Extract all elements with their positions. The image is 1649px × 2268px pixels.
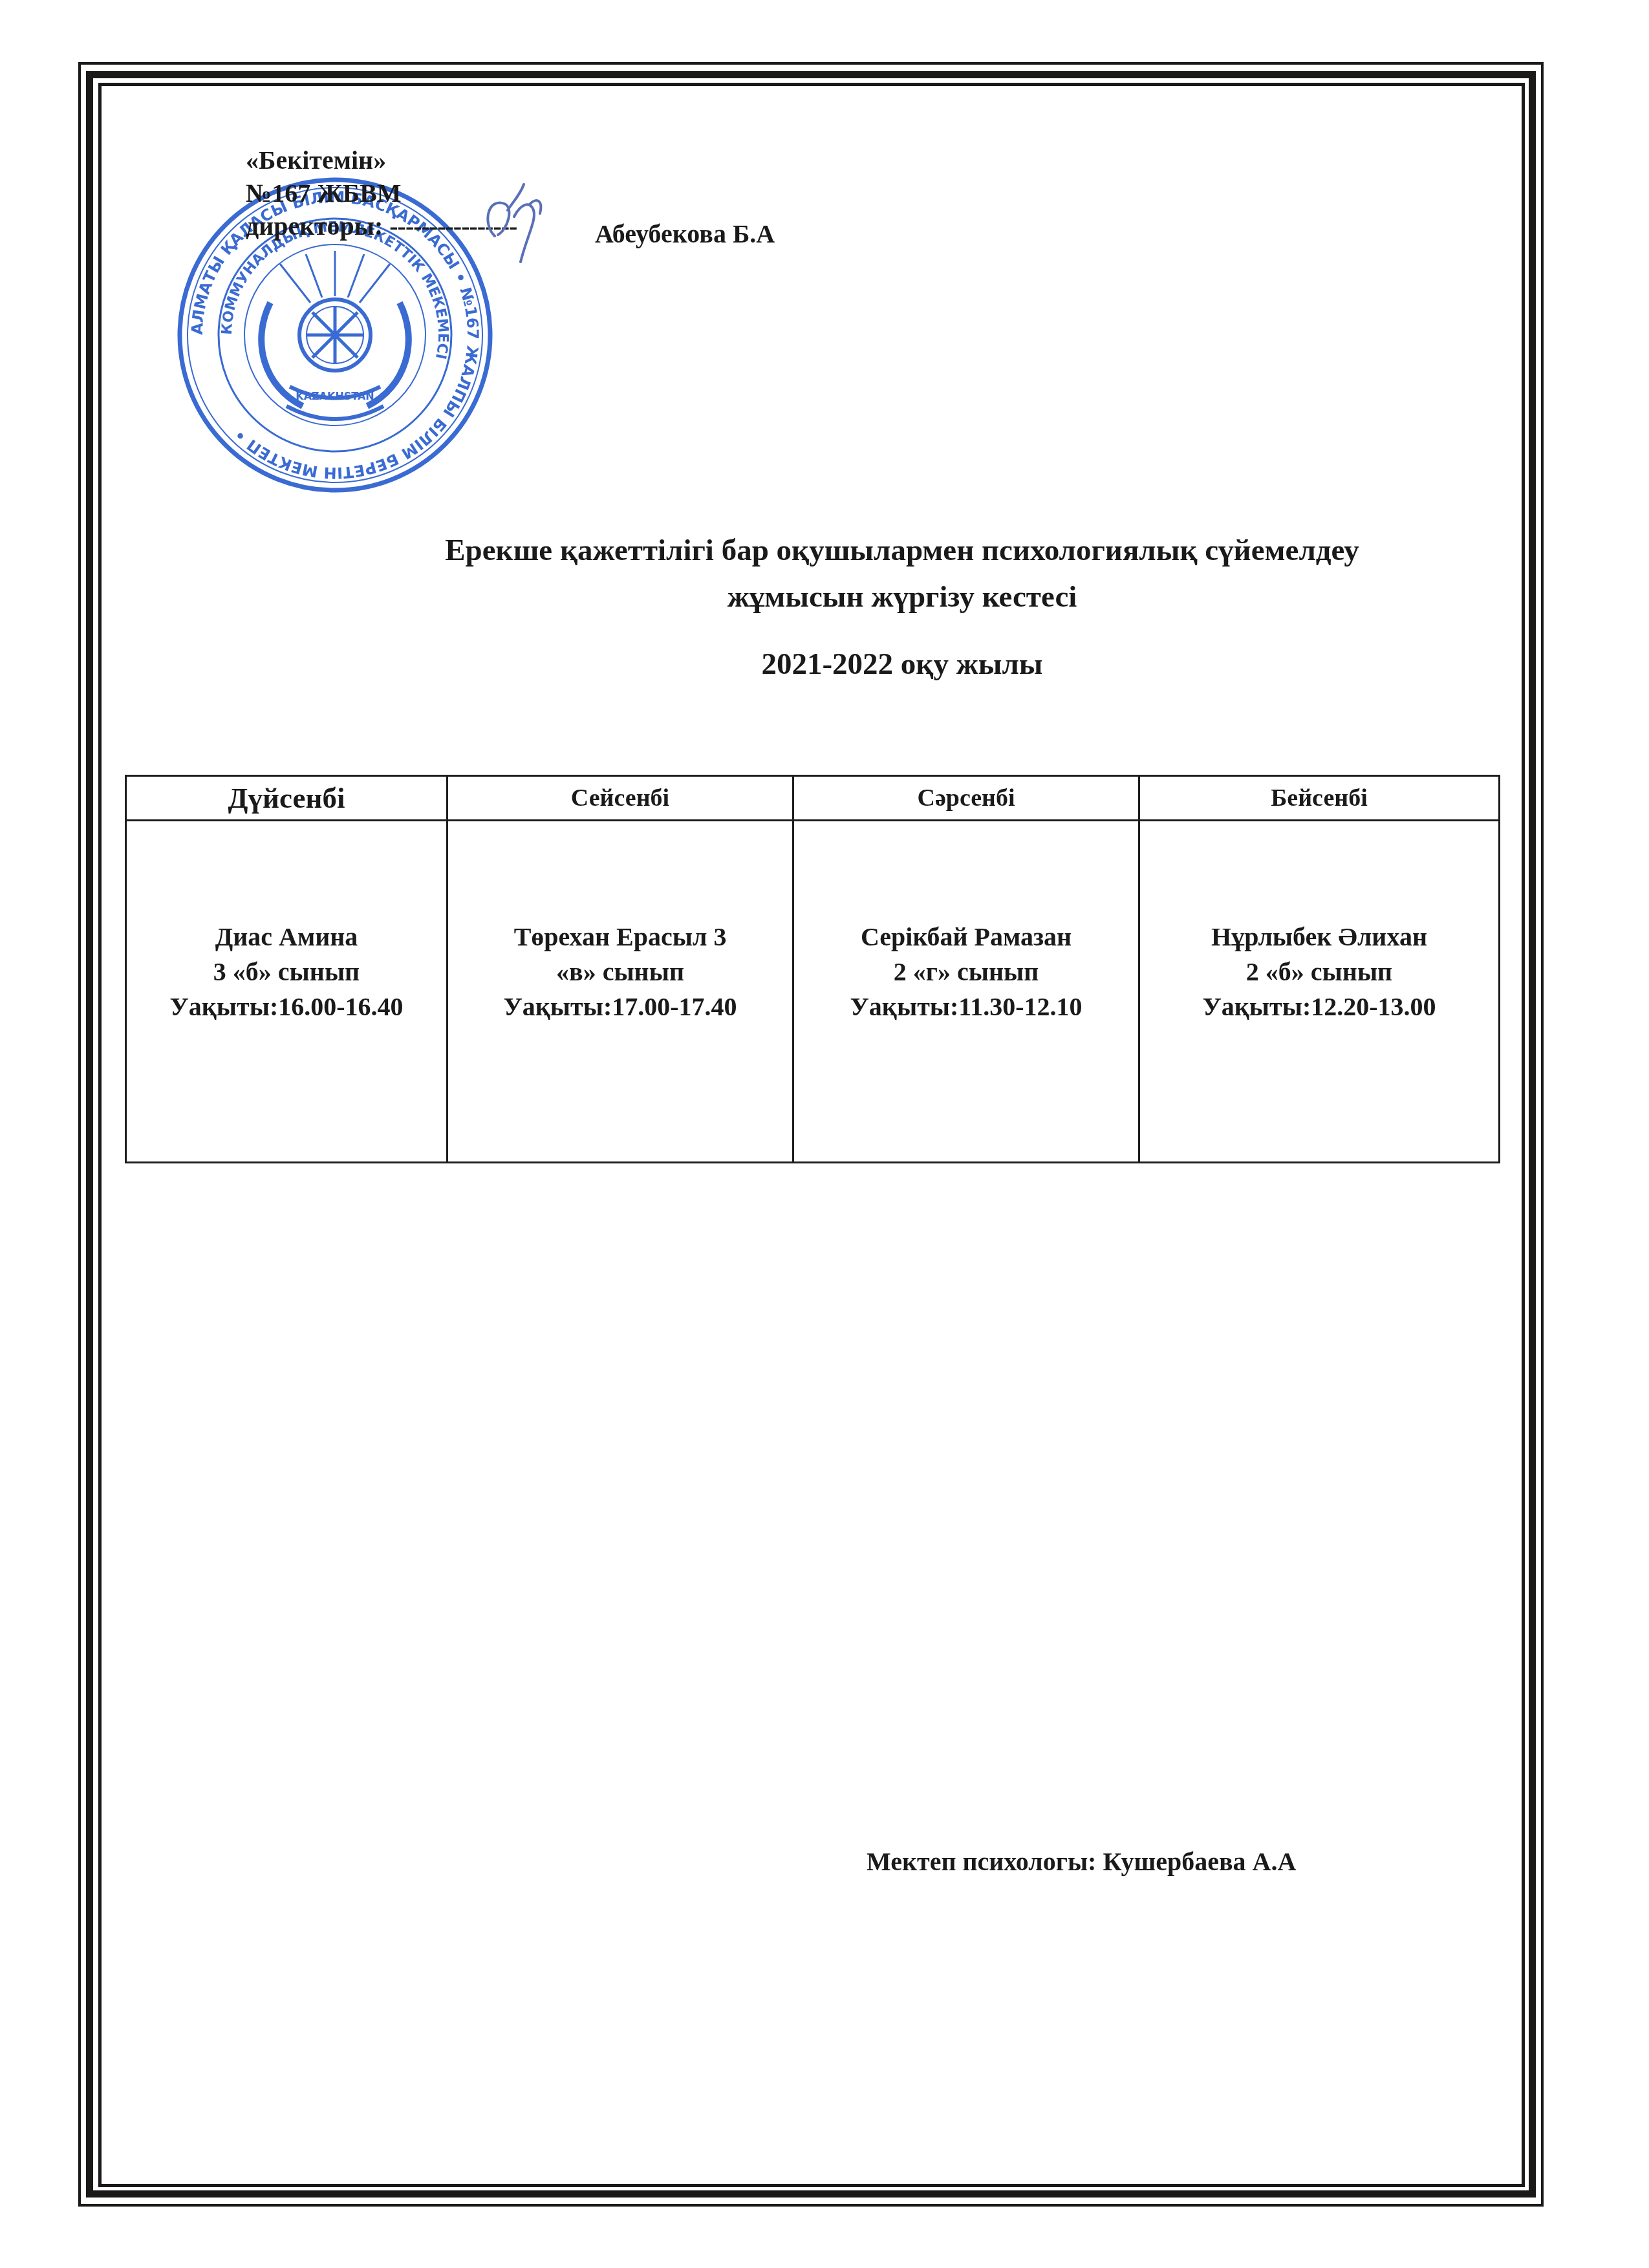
title-line-2: жұмысын жүргізу кестесі: [129, 574, 1520, 620]
session-time: Уақыты:16.00-16.40: [132, 989, 441, 1024]
day-header-tuesday: Сейсенбі: [447, 776, 793, 821]
student-name: Диас Амина: [132, 920, 441, 955]
schedule-cell-monday: Диас Амина 3 «б» сынып Уақыты:16.00-16.4…: [126, 821, 447, 1163]
student-class: 3 «б» сынып: [132, 955, 441, 989]
day-header-monday: Дүйсенбі: [126, 776, 447, 821]
title-line-1: Ерекше қажеттілігі бар оқушылармен психо…: [129, 527, 1520, 574]
day-header-wednesday: Сәрсенбі: [793, 776, 1139, 821]
director-label: директоры:: [246, 211, 383, 241]
director-signature-icon: [475, 165, 559, 288]
academic-year: 2021-2022 оқу жылы: [129, 647, 1520, 682]
student-class: 2 «г» сынып: [799, 955, 1133, 989]
student-name: Төрехан Ерасыл 3: [453, 920, 787, 955]
session-time: Уақыты:11.30-12.10: [799, 989, 1133, 1024]
school-psychologist-signature: Мектеп психологы: Кушербаева А.А: [867, 1846, 1296, 1877]
svg-text:KAZAKHSTAN: KAZAKHSTAN: [296, 390, 374, 402]
table-header-row: Дүйсенбі Сейсенбі Сәрсенбі Бейсенбі: [126, 776, 1500, 821]
student-class: 2 «б» сынып: [1145, 955, 1493, 989]
student-name: Нұрлыбек Әлихан: [1145, 920, 1493, 955]
session-time: Уақыты:17.00-17.40: [453, 989, 787, 1024]
day-header-thursday: Бейсенбі: [1139, 776, 1500, 821]
table-row: Диас Амина 3 «б» сынып Уақыты:16.00-16.4…: [126, 821, 1500, 1163]
schedule-cell-wednesday: Серікбай Рамазан 2 «г» сынып Уақыты:11.3…: [793, 821, 1139, 1163]
schedule-table: Дүйсенбі Сейсенбі Сәрсенбі Бейсенбі Диас…: [125, 775, 1500, 1163]
document-title: Ерекше қажеттілігі бар оқушылармен психо…: [129, 527, 1520, 620]
student-name: Серікбай Рамазан: [799, 920, 1133, 955]
schedule-cell-thursday: Нұрлыбек Әлихан 2 «б» сынып Уақыты:12.20…: [1139, 821, 1500, 1163]
student-class: «в» сынып: [453, 955, 787, 989]
schedule-cell-tuesday: Төрехан Ерасыл 3 «в» сынып Уақыты:17.00-…: [447, 821, 793, 1163]
director-name: Абеубекова Б.А: [595, 219, 775, 249]
session-time: Уақыты:12.20-13.00: [1145, 989, 1493, 1024]
